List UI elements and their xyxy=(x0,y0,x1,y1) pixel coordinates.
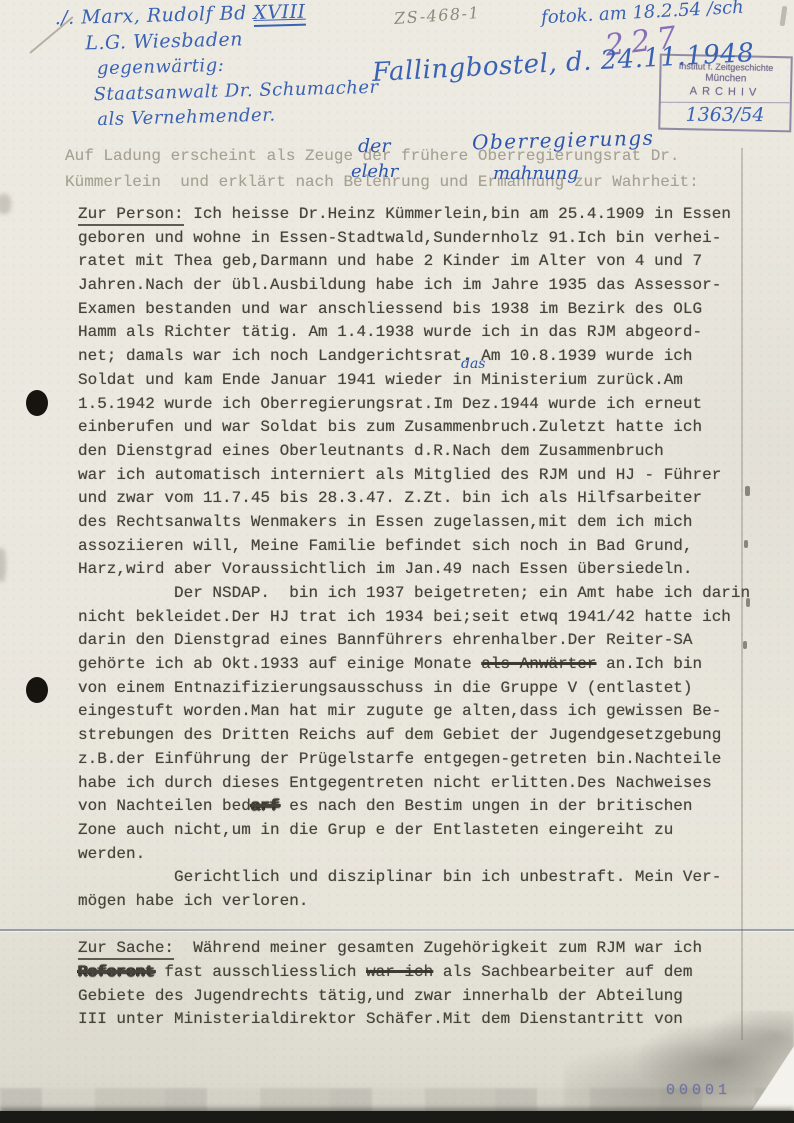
scan-edge-band xyxy=(0,1111,794,1123)
typed-line: den Dienstgrad eines Oberleutnants d.R.N… xyxy=(78,440,750,464)
typed-line: Hamm als Richter tätig. Am 1.4.1938 wurd… xyxy=(78,321,750,345)
typed-line: und zwar vom 11.7.45 bis 28.3.47. Z.Zt. … xyxy=(78,487,750,511)
margin-smudge xyxy=(0,194,11,214)
typed-line xyxy=(78,914,750,938)
typed-line: von Nachteilen bedarf es nach den Bestim… xyxy=(78,795,750,819)
typed-line: Der NSDAP. bin ich 1937 beigetreten; ein… xyxy=(78,582,750,606)
typed-line: Soldat und kam Ende Januar 1941 wieder i… xyxy=(78,369,750,393)
typed-line: Harz,wird aber Voraussichtlich im Jan.49… xyxy=(78,558,750,582)
hole-punch-top xyxy=(26,390,48,416)
typed-body-text: Zur Person: Ich heisse Dr.Heinz Kümmerle… xyxy=(78,203,750,1032)
typed-line: nicht bekleidet.Der HJ trat ich 1934 bei… xyxy=(78,606,750,630)
ink-correction-oberregierungs: Oberregierungs xyxy=(472,126,655,155)
typed-line: von einem Entnazifizierungsausschuss in … xyxy=(78,677,750,701)
typed-line: Zur Person: Ich heisse Dr.Heinz Kümmerle… xyxy=(78,203,750,227)
typed-line: Gebiete des Jugendrechts tätig,und zwar … xyxy=(78,985,750,1009)
stamp-archiv-line: ARCHIV xyxy=(661,85,790,100)
ink-insertion-das: das xyxy=(461,356,486,372)
typed-line: darin den Dienstgrad eines Bannführers e… xyxy=(78,629,750,653)
stamp-number: 1363/54 xyxy=(660,102,789,129)
typed-line: Gerichtlich und disziplinar bin ich unbe… xyxy=(78,866,750,890)
fold-crease-line xyxy=(0,929,794,931)
typed-line: Zur Sache: Während meiner gesamten Zugeh… xyxy=(78,937,750,961)
hole-punch-bottom xyxy=(26,677,48,703)
typed-line: Referent fast ausschliesslich war ich al… xyxy=(78,961,750,985)
typed-line: net; damals war ich noch Landgerichtsrat… xyxy=(78,345,750,369)
typed-line: einberufen und war Soldat bis zum Zusamm… xyxy=(78,416,750,440)
typed-line: habe ich durch dieses Entgegentreten nic… xyxy=(78,772,750,796)
margin-smudge xyxy=(0,548,6,582)
typed-line: eingestuft worden.Man hat mir zugute ge … xyxy=(78,700,750,724)
typed-line: war ich automatisch interniert als Mitgl… xyxy=(78,464,750,488)
paper-edge-line xyxy=(741,148,743,1040)
edge-speck xyxy=(744,540,748,548)
edge-speck xyxy=(743,641,747,649)
typed-line: mögen habe ich verloren. xyxy=(78,890,750,914)
typed-line: Zone auch nicht,um in die Grup e der Ent… xyxy=(78,819,750,843)
typed-line: strebungen des Dritten Reichs auf dem Ge… xyxy=(78,724,750,748)
edge-speck xyxy=(745,486,750,496)
serial-number-stamp: 00001 xyxy=(666,1082,731,1099)
typed-line: assoziieren will, Meine Familie befindet… xyxy=(78,535,750,559)
typed-line: 1.5.1942 wurde ich Oberregierungsrat.Im … xyxy=(78,393,750,417)
stamp-city-line: München xyxy=(661,72,790,86)
typed-line: Examen bestanden und war anschliessend b… xyxy=(78,298,750,322)
typed-line: werden. xyxy=(78,843,750,867)
edge-speck xyxy=(780,6,788,27)
typed-line: geboren und wohne in Essen-Stadtwald,Sun… xyxy=(78,227,750,251)
edge-speck xyxy=(746,598,750,607)
typed-line: Jahren.Nach der übl.Ausbildung habe ich … xyxy=(78,274,750,298)
typed-line: ratet mit Thea geb,Darmann und habe 2 Ki… xyxy=(78,250,750,274)
file-reference-pencil: ZS-468-1 xyxy=(393,3,480,28)
ink-correction-ermahnung: mahnung xyxy=(493,163,579,184)
case-reference-note: ./. Marx, Rudolf Bd XVIIIL.G. Wiesbadeng… xyxy=(54,0,379,134)
typed-line: des Rechtsanwalts Wenmakers in Essen zug… xyxy=(78,511,750,535)
typed-line: z.B.der Einführung der Prügelstarfe entg… xyxy=(78,748,750,772)
ink-correction-der: der xyxy=(358,135,391,157)
typed-line: gehörte ich ab Okt.1933 auf einige Monat… xyxy=(78,653,750,677)
ink-correction-belehrung: elehr xyxy=(351,161,398,182)
document-page: ./. Marx, Rudolf Bd XVIIIL.G. Wiesbadeng… xyxy=(0,0,794,1123)
